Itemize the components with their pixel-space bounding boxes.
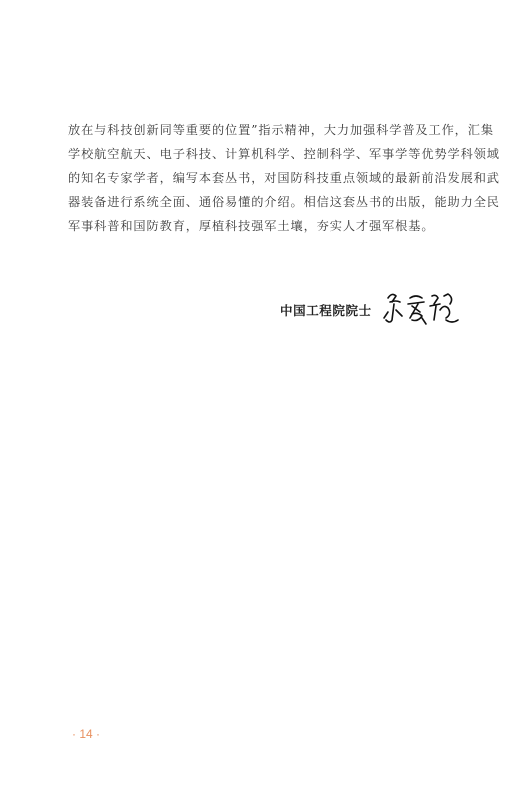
paragraph-line: 学校航空航天、电子科技、计算机科学、控制科学、军事学等优势学科领域 bbox=[68, 142, 448, 166]
paragraph-line: 器装备进行系统全面、通俗易懂的介绍。相信这套丛书的出版，能助力全民 bbox=[68, 190, 448, 214]
paragraph-line: 军事科普和国防教育，厚植科技强军土壤，夯实人才强军根基。 bbox=[68, 214, 448, 238]
signature-title: 中国工程院院士 bbox=[280, 301, 372, 319]
body-paragraph: 放在与科技创新同等重要的位置”指示精神，大力加强科学普及工作，汇集 学校航空航天… bbox=[68, 118, 448, 238]
paragraph-line: 的知名专家学者，编写本套丛书，对国防科技重点领域的最新前沿发展和武 bbox=[68, 166, 448, 190]
page-number: · 14 · bbox=[72, 727, 100, 741]
paragraph-line: 放在与科技创新同等重要的位置”指示精神，大力加强科学普及工作，汇集 bbox=[68, 118, 448, 142]
signature-block: 中国工程院院士 bbox=[280, 290, 462, 330]
handwritten-signature-icon bbox=[382, 290, 462, 330]
